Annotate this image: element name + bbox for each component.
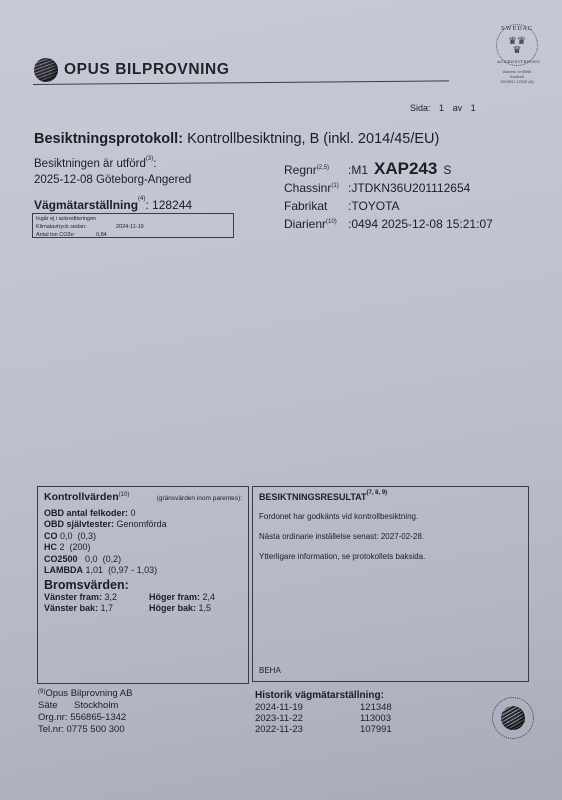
obd-faults-label: OBD antal felkoder: [44,508,128,518]
history-date: 2024-11-19 [255,702,360,713]
swedac-accreditation-seal: SWEDAC ♛♛♛ ACKREDITERING Ackred. nr 8596… [488,24,546,94]
history-date: 2022-11-23 [255,724,360,735]
history-title: Historik vägmätarställning: [255,690,420,701]
page-indicator: Sida: 1 av 1 [410,103,482,113]
climate-footprint-box: Ingår ej i ackrediteringen Klimatavtryck… [32,213,234,238]
page-label: Sida: [410,103,431,113]
obd-selftest-value: Genomförda [117,519,167,529]
emission-limit: (0,2) [103,554,122,564]
fabrikat-label: Fabrikat [284,197,348,215]
result-line: Ytterligare information, se protokollets… [259,552,522,561]
co2-label: Antal ton CO2e: [36,231,96,239]
regnr-row: Regnr(2,5) :M1 XAP243 S [284,160,493,179]
history-value: 121348 [360,702,420,713]
registration-number: XAP243 [374,160,437,178]
odometer-history: Historik vägmätarställning: 2024-11-1912… [255,690,420,735]
org-value: 556865-1342 [70,712,126,723]
globe-logo-icon [34,58,58,82]
odometer-reading: Vägmätarställning(4): 128244 [34,198,192,212]
tel-value: 0775 500 300 [67,724,125,735]
climate-disclaimer: Ingår ej i ackrediteringen [36,215,230,223]
chassinr-row: Chassinr(1) :JTDKN36U201112654 [284,179,493,197]
odometer-label: Vägmätarställning [34,198,138,212]
emission-limit: (200) [70,542,91,552]
footnote-ref: (7, 8, 9) [367,490,388,496]
history-date: 2023-11-22 [255,713,360,724]
co2-value: 0,84 [96,231,107,239]
seat-label: Säte [38,700,68,712]
control-values-title: Kontrollvärden [44,491,119,503]
obd-faults-row: OBD antal felkoder: 0 [44,508,242,520]
footnote-ref: (3) [146,156,153,162]
history-value: 107991 [360,724,420,735]
odometer-value: : 128244 [145,198,192,212]
journal-number: :0494 2025-12-08 15:21:07 [348,215,493,233]
emission-value: 0,0 [85,554,98,564]
obd-selftest-row: OBD självtester: Genomförda [44,519,242,531]
protocol-title-type: Kontrollbesiktning, B (inkl. 2014/45/EU) [187,131,439,147]
history-row: 2024-11-19121348 [255,702,420,713]
climate-since-label: Klimatavtryck sedan: [36,223,116,231]
performed-date-location: 2025-12-08 Göteborg-Angered [34,174,191,186]
footnote-ref: (1) [331,183,338,189]
brake-value: Vänster bak: 1,7 [44,603,149,615]
emission-row: CO 0,0 (0,3) [44,531,242,543]
seat-value: Stockholm [74,700,118,712]
performed-label: Besiktningen är utförd(3): [34,158,156,170]
emission-value: 2 [60,542,65,552]
brand-name: OPUS BILPROVNING [64,61,229,79]
globe-icon [501,706,525,730]
brake-value: Höger bak: 1,5 [149,603,242,615]
seal-caption-line: ISO/IEC 17020 (A) [488,79,546,84]
history-row: 2022-11-23107991 [255,724,420,735]
result-line: Nästa ordinarie inställelse senast: 2027… [259,532,522,541]
seal-top-text: SWEDAC [497,26,537,32]
emission-label: CO [44,531,58,541]
diarienr-label: Diarienr [284,217,326,231]
chassis-number: :JTDKN36U201112654 [348,179,470,197]
seal-bottom-text: ACKREDITERING [497,59,537,64]
result-title: BESIKTNINGSRESULTAT [259,492,367,502]
emission-label: HC [44,542,57,552]
footnote-ref: (10) [326,219,337,225]
emission-value: 0,0 [60,531,73,541]
obd-selftest-label: OBD självtester: [44,519,114,529]
page-current: 1 [439,103,444,113]
emission-row: HC 2 (200) [44,542,242,554]
tel-label: Tel.nr: [38,724,64,735]
manufacturer: :TOYOTA [348,197,400,215]
emission-limit: (0,97 - 1,03) [108,565,157,575]
emission-limit: (0,3) [78,531,97,541]
org-label: Org.nr: [38,712,68,723]
history-value: 113003 [360,713,420,724]
company-info: (9)Opus Bilprovning AB SäteStockholm Org… [38,688,132,736]
climate-compensated-seal-icon [492,697,534,739]
limits-note: (gränsvärden inom parentes): [157,493,242,505]
vehicle-category: :M1 [348,161,368,179]
footnote-ref: (9) [38,689,45,695]
regnr-label: Regnr [284,163,317,177]
obd-faults-value: 0 [131,508,136,518]
result-line: Fordonet har godkänts vid kontrollbesikt… [259,512,522,521]
page-of-label: av [453,103,463,113]
brake-values-title: Bromsvärden: [44,578,242,592]
emission-row: CO2500 0,0 (0,2) [44,554,242,566]
inspection-result-box: BESIKTNINGSRESULTAT(7, 8, 9) Fordonet ha… [252,486,529,682]
page-total: 1 [471,103,476,113]
emission-label: CO2500 [44,554,78,564]
three-crowns-icon: ♛♛♛ [497,37,537,55]
protocol-title: Besiktningsprotokoll: Kontrollbesiktning… [34,131,439,147]
footnote-ref: (2,5) [317,165,329,171]
inspector-signature: BEHA [259,666,281,675]
performed-label-text: Besiktningen är utförd [34,158,146,170]
footnote-ref: (10) [119,492,130,498]
company-name: Opus Bilprovning AB [45,688,132,699]
emission-label: LAMBDA [44,565,83,575]
diarienr-row: Diarienr(10) :0494 2025-12-08 15:21:07 [284,215,493,233]
vehicle-info: Regnr(2,5) :M1 XAP243 S Chassinr(1) :JTD… [284,160,493,233]
brake-value: Vänster fram: 3,2 [44,592,149,604]
brake-values-grid: Vänster fram: 3,2 Höger fram: 2,4 Vänste… [44,592,242,615]
control-values-box: Kontrollvärden(10) (gränsvärden inom par… [37,486,249,684]
footnote-ref: (4) [138,196,145,202]
emission-row: LAMBDA 1,01 (0,97 - 1,03) [44,565,242,577]
chassinr-label: Chassinr [284,181,331,195]
protocol-title-bold: Besiktningsprotokoll: [34,131,183,147]
fabrikat-row: Fabrikat :TOYOTA [284,197,493,215]
history-row: 2023-11-22113003 [255,713,420,724]
company-logo: OPUS BILPROVNING [34,58,229,82]
emission-value: 1,01 [86,565,104,575]
climate-since-value: 2024-11-19 [116,223,144,231]
regnr-suffix: S [443,161,451,179]
brake-value: Höger fram: 2,4 [149,592,242,604]
